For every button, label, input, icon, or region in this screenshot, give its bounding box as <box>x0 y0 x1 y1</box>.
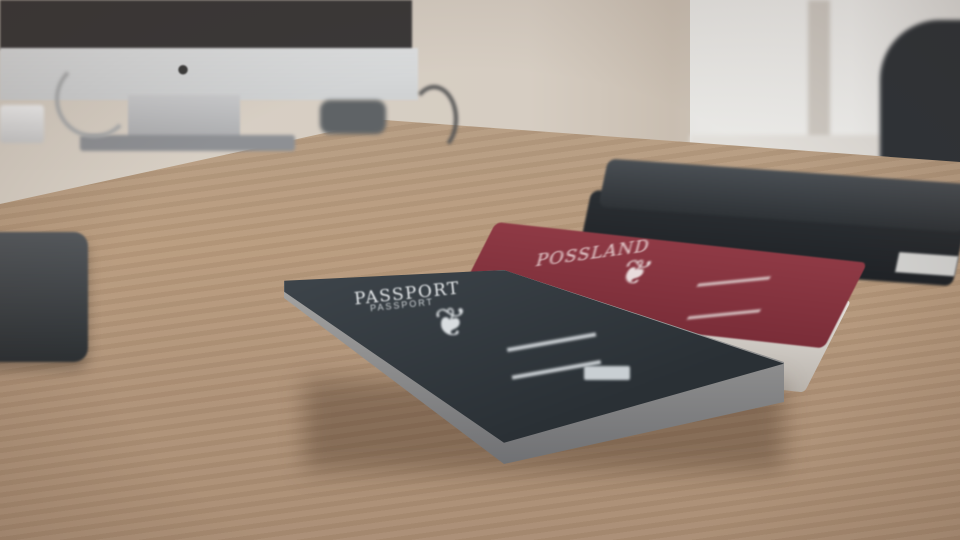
cable <box>55 60 133 138</box>
apple-logo-icon: ● <box>172 56 194 82</box>
speaker <box>320 100 386 134</box>
tablet-pages-edge <box>895 252 958 276</box>
dark-passport: PASSPORT PASSPORT ❦ <box>284 270 784 470</box>
window-frame <box>808 0 830 140</box>
monitor-screen <box>0 0 412 50</box>
eagle-emblem-icon: ❦ <box>434 300 468 346</box>
monitor-foot <box>80 135 295 151</box>
cable <box>410 85 458 153</box>
desk-device <box>0 105 44 143</box>
biometric-chip-icon <box>584 366 630 380</box>
smartphone <box>0 232 88 362</box>
